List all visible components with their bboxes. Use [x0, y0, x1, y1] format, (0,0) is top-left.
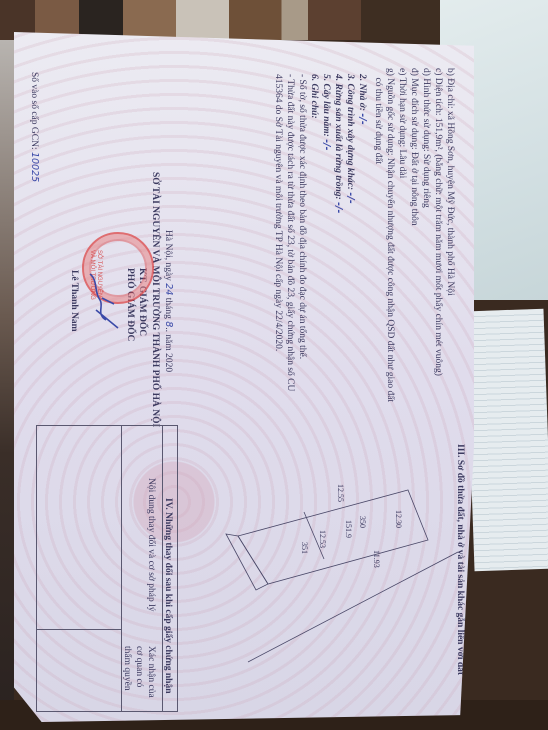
edge-length-top: 12.55 [336, 484, 345, 502]
note-line: - Số tờ, số thửa được xác định theo bản … [296, 74, 308, 391]
note-line: - Thửa đất này được tách ra từ thửa đất … [284, 74, 296, 391]
item-other-construction: 3. Công trình xây dựng khác: -/- [344, 74, 356, 391]
property-items: 2. Nhà ở: -/- 3. Công trình xây dựng khá… [272, 74, 368, 391]
signer-name: Lê Thanh Nam [68, 270, 80, 332]
parcel-area: 151.9 [344, 520, 353, 538]
background-lined-notebook [465, 309, 548, 572]
registry-number: Số vào sổ cấp GCN: 10025 [28, 72, 40, 182]
background-left-edge [0, 40, 14, 730]
signature-scribble-icon [84, 270, 124, 330]
edge-length-bottom: 11.93 [372, 550, 381, 568]
item-planted-forest: 4. Rừng sản xuất là rừng trồng: -/- [332, 74, 344, 391]
section-iv-title: IV. Những thay đổi sau khi cấp giấy chứn… [162, 498, 174, 694]
issuing-agency: SỞ TÀI NGUYÊN VÀ MÔI TRƯỜNG THÀNH PHỐ HÀ… [149, 172, 161, 427]
certificate-page: b) Địa chỉ: xã Hồng Sơn, huyện Mỹ Đức, t… [14, 32, 474, 722]
table-divider [37, 629, 121, 630]
column-header-confirm: Xác nhận của cơ quan có thẩm quyền [121, 646, 157, 706]
date-line: Hà Nội, ngày 24 tháng 8.. năm 2020 [162, 230, 174, 372]
edge-length-inner: 12.53 [318, 530, 327, 548]
info-line: d) Hình thức sử dụng: Sử dụng riêng [420, 68, 432, 402]
note-line: 415364 do Sở Tài nguyên và môi trường TP… [272, 74, 284, 391]
parcel-number: 350 [358, 516, 367, 528]
land-info-lines: b) Địa chỉ: xã Hồng Sơn, huyện Mỹ Đức, t… [372, 68, 456, 402]
info-line: e) Thời hạn sử dụng: Lâu dài [396, 68, 408, 402]
edge-length-right: 12.30 [394, 510, 403, 528]
info-line: c) Diện tích: 151,9m², (bằng chữ: một tr… [432, 68, 444, 402]
item-notes-heading: 6. Ghi chú: [308, 74, 320, 391]
info-line: có thu tiền sử dụng đất [372, 68, 384, 402]
column-header-content: Nội dung thay đổi và cơ sở pháp lý [145, 478, 157, 612]
info-line: đ) Mục đích sử dụng: Đất ở tại nông thôn [408, 68, 420, 402]
changes-table: IV. Những thay đổi sau khi cấp giấy chứn… [36, 425, 178, 712]
item-perennial-trees: 5. Cây lâu năm: -/- [320, 74, 332, 391]
parcel-sketch-diagram: 12.55 12.30 12.53 11.93 350 151.9 351 [218, 432, 458, 672]
info-line: g) Nguồn gốc sử dụng: Nhận chuyển nhượng… [384, 68, 396, 402]
item-house: 2. Nhà ở: -/- [356, 74, 368, 391]
info-line: b) Địa chỉ: xã Hồng Sơn, huyện Mỹ Đức, t… [444, 68, 456, 402]
neighbor-parcel-number: 351 [300, 542, 309, 554]
